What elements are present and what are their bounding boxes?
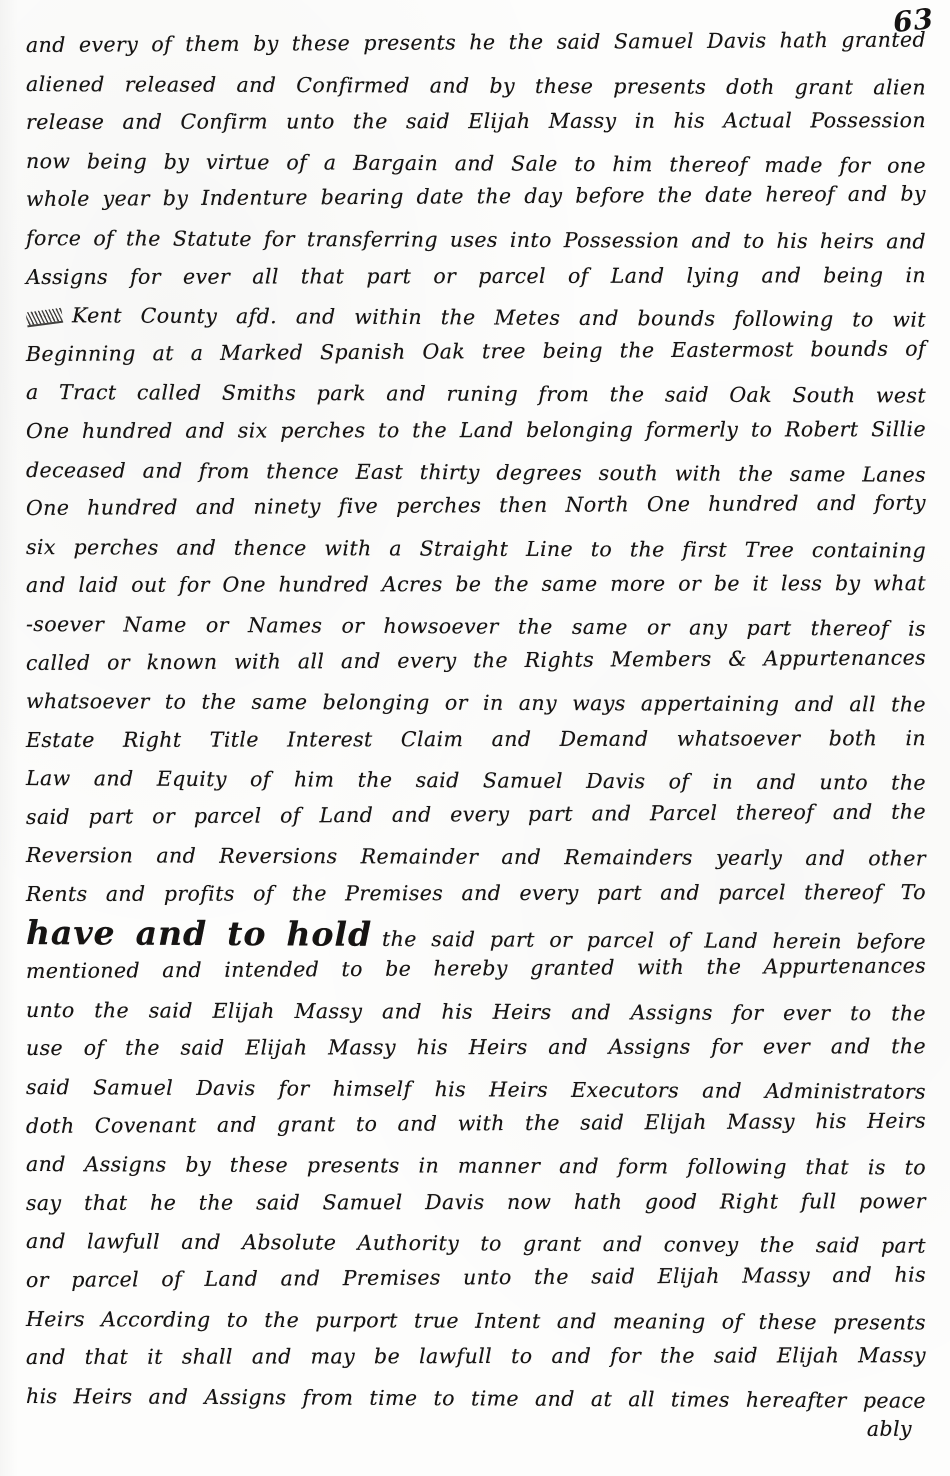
text-line-content: aliened released and Confirmed and by th… [26, 72, 926, 99]
text-line: say that he the said Samuel Davis now ha… [26, 1182, 926, 1222]
text-line-content: Reversion and Reversions Remainder and R… [26, 843, 926, 870]
text-line: Estate Right Title Interest Claim and De… [26, 719, 926, 759]
text-line-content: Rents and profits of the Premises and ev… [26, 880, 926, 906]
text-line: whole year by Indenture bearing date the… [26, 175, 926, 219]
text-line: and every of them by these presents he t… [26, 21, 926, 65]
text-line-content: Kent County afd. and within the Metes an… [72, 303, 926, 331]
text-line-content: called or known with all and every the R… [26, 645, 926, 674]
text-line-content: or parcel of Land and Premises unto the … [26, 1263, 926, 1292]
text-line: Heirs According to the purport true Inte… [26, 1300, 926, 1342]
text-line: Rents and profits of the Premises and ev… [26, 873, 926, 913]
text-line: One hundred and ninety five perches then… [26, 484, 926, 528]
text-line-content: ably [867, 1417, 912, 1441]
text-line-content: mentioned and intended to be hereby gran… [26, 954, 926, 983]
text-line: use of the said Elijah Massy his Heirs a… [26, 1028, 926, 1068]
text-line: ably [26, 1410, 926, 1454]
crossed-out-word [26, 308, 64, 328]
text-line: called or known with all and every the R… [26, 638, 926, 682]
text-line-content: Estate Right Title Interest Claim and De… [26, 726, 926, 752]
text-line: Assigns for ever all that part or parcel… [26, 256, 926, 296]
text-line: aliened released and Confirmed and by th… [26, 65, 926, 107]
text-line-content: release and Confirm unto the said Elijah… [26, 108, 926, 134]
text-line: release and Confirm unto the said Elijah… [26, 101, 926, 141]
habendum-lead: have and to hold [26, 913, 382, 954]
text-line-content: -soever Name or Names or howsoever the s… [26, 612, 926, 641]
text-line-content: six perches and thence with a Straight L… [26, 535, 926, 562]
text-line: Reversion and Reversions Remainder and R… [26, 836, 926, 878]
text-line-content: doth Covenant and grant to and with the … [26, 1108, 926, 1137]
text-line: doth Covenant and grant to and with the … [26, 1101, 926, 1145]
text-line-content: now being by virtue of a Bargain and Sal… [26, 149, 926, 178]
text-line: whatsoever to the same belonging or in a… [26, 682, 926, 724]
text-line: and that it shall and may be lawfull to … [26, 1336, 926, 1376]
text-line-content: and that it shall and may be lawfull to … [26, 1343, 926, 1369]
text-line-content: Assigns for ever all that part or parcel… [26, 263, 926, 289]
text-line: or parcel of Land and Premises unto the … [26, 1256, 926, 1300]
text-line-content: force of the Statute for transferring us… [26, 226, 926, 253]
text-line-content: and laid out for One hundred Acres be th… [26, 571, 926, 597]
text-line-content: said Samuel Davis for himself his Heirs … [26, 1075, 926, 1104]
text-line-content: a Tract called Smiths park and runing fr… [26, 380, 926, 407]
text-line: force of the Statute for transferring us… [26, 219, 926, 261]
text-line-content: One hundred and ninety five perches then… [26, 491, 926, 520]
text-line-content: deceased and from thence East thirty deg… [26, 458, 926, 487]
deed-page: 63 and every of them by these presents h… [0, 0, 950, 1476]
text-line-content: and lawfull and Absolute Authority to gr… [26, 1229, 926, 1258]
text-line: mentioned and intended to be hereby gran… [26, 947, 926, 991]
text-line-content: said part or parcel of Land and every pa… [26, 799, 926, 828]
text-line: One hundred and six perches to the Land … [26, 410, 926, 450]
text-line: said part or parcel of Land and every pa… [26, 792, 926, 836]
text-line-content: say that he the said Samuel Davis now ha… [26, 1189, 926, 1215]
text-line: and Assigns by these presents in manner … [26, 1145, 926, 1187]
text-line-content: whatsoever to the same belonging or in a… [26, 689, 926, 716]
text-line: and laid out for One hundred Acres be th… [26, 564, 926, 604]
text-line-content: Beginning at a Marked Spanish Oak tree b… [26, 336, 926, 365]
text-line-content: unto the said Elijah Massy and his Heirs… [26, 998, 926, 1025]
text-line-content: use of the said Elijah Massy his Heirs a… [26, 1035, 926, 1061]
text-line: Beginning at a Marked Spanish Oak tree b… [26, 329, 926, 373]
text-line-content: his Heirs and Assigns from time to time … [26, 1384, 926, 1413]
text-line: a Tract called Smiths park and runing fr… [26, 373, 926, 415]
text-line-content: and every of them by these presents he t… [26, 28, 926, 57]
text-line-content: and Assigns by these presents in manner … [26, 1152, 926, 1179]
document-body: and every of them by these presents he t… [26, 26, 926, 1454]
text-line-content: Law and Equity of him the said Samuel Da… [26, 766, 926, 795]
text-line-content: whole year by Indenture bearing date the… [26, 182, 926, 211]
text-line-content: One hundred and six perches to the Land … [26, 417, 926, 443]
text-line-content: Heirs According to the purport true Inte… [26, 1307, 926, 1334]
